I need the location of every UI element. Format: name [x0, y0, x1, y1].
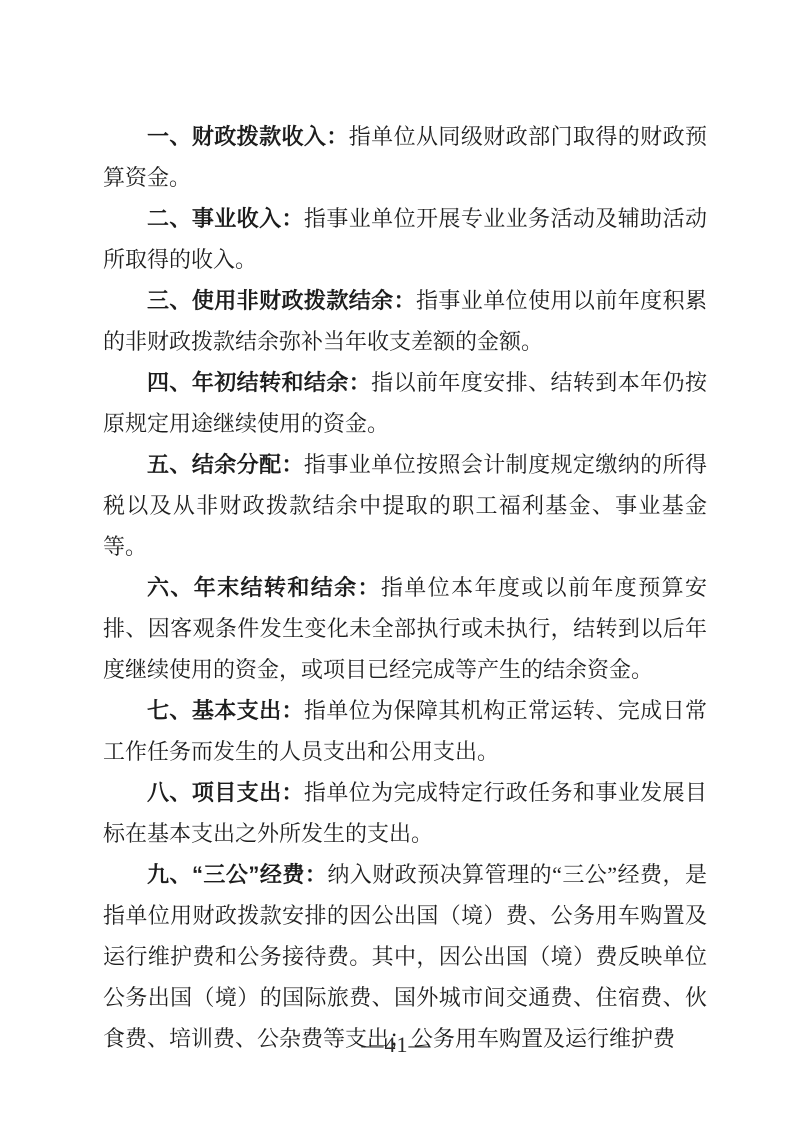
- definition-term: 三、使用非财政拨款结余：: [147, 288, 416, 313]
- definition-term: 五、结余分配：: [147, 452, 304, 477]
- definition-term: 七、基本支出：: [147, 698, 304, 723]
- definition-term: 九、“三公”经费：: [147, 862, 327, 887]
- page-number: —41—: [0, 1032, 793, 1058]
- definition-paragraph-2: 二、事业收入：指事业单位开展专业业务活动及辅助活动所取得的收入。: [103, 198, 707, 280]
- definition-text: 纳入财政预决算管理的“三公”经费，是指单位用财政拨款安排的因公出国（境）费、公务…: [103, 862, 707, 1051]
- definition-paragraph-1: 一、财政拨款收入：指单位从同级财政部门取得的财政预算资金。: [103, 116, 707, 198]
- definition-paragraph-5: 五、结余分配：指事业单位按照会计制度规定缴纳的所得税以及从非财政拨款结余中提取的…: [103, 444, 707, 567]
- definition-paragraph-7: 七、基本支出：指单位为保障其机构正常运转、完成日常工作任务而发生的人员支出和公用…: [103, 690, 707, 772]
- definition-paragraph-8: 八、项目支出：指单位为完成特定行政任务和事业发展目标在基本支出之外所发生的支出。: [103, 772, 707, 854]
- definition-term: 二、事业收入：: [147, 206, 304, 231]
- definition-term: 四、年初结转和结余：: [147, 370, 371, 395]
- definition-term: 一、财政拨款收入：: [147, 124, 349, 149]
- definitions-section: 一、财政拨款收入：指单位从同级财政部门取得的财政预算资金。 二、事业收入：指事业…: [103, 116, 707, 1059]
- definition-paragraph-3: 三、使用非财政拨款结余：指事业单位使用以前年度积累的非财政拨款结余弥补当年收支差…: [103, 280, 707, 362]
- document-page: 一、财政拨款收入：指单位从同级财政部门取得的财政预算资金。 二、事业收入：指事业…: [0, 0, 793, 1122]
- definition-paragraph-9: 九、“三公”经费：纳入财政预决算管理的“三公”经费，是指单位用财政拨款安排的因公…: [103, 854, 707, 1059]
- definition-paragraph-4: 四、年初结转和结余：指以前年度安排、结转到本年仍按原规定用途继续使用的资金。: [103, 362, 707, 444]
- definition-paragraph-6: 六、年末结转和结余：指单位本年度或以前年度预算安排、因客观条件发生变化未全部执行…: [103, 567, 707, 690]
- definition-term: 八、项目支出：: [147, 780, 304, 805]
- definition-term: 六、年末结转和结余：: [147, 575, 381, 600]
